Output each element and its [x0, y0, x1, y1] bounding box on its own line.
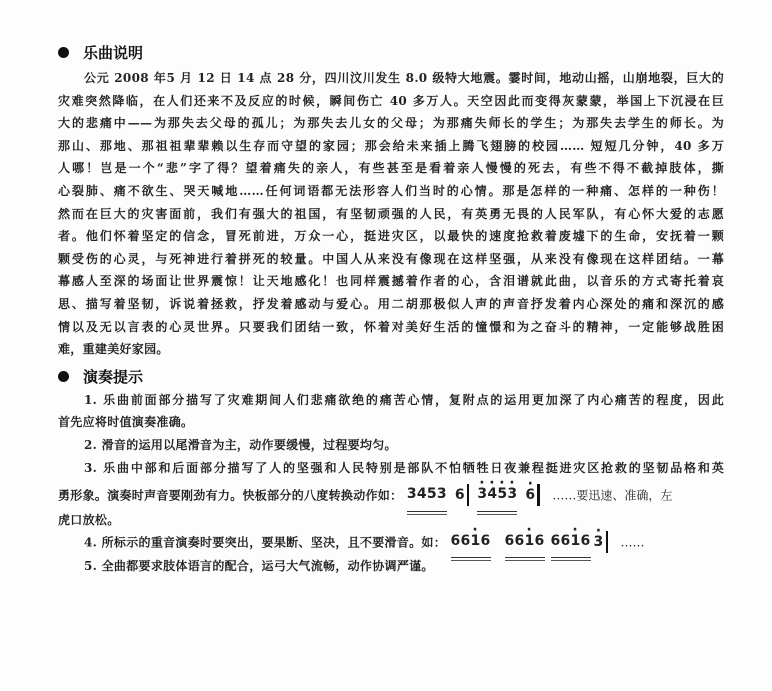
sixteenth-note-group-high-octave: 3 4 5 3	[477, 478, 517, 512]
paragraph-line: 者。他们怀着坚定的信念，冒死前进，万众一心，挺进灾区，以最快的速度抢救着废墟下的…	[58, 225, 724, 248]
bar-line	[606, 531, 609, 553]
note-high: 1	[525, 526, 535, 556]
paragraph-line: 那山、那地、那祖祖辈辈赖以生存而守望的家园；那会给未来插上腾飞翅膀的校园…… 短…	[58, 135, 724, 158]
note: 6	[461, 526, 471, 556]
tip-line: 3. 乐曲中部和后面部分描写了人的坚强和人民特别是部队不怕牺牲日夜兼程挺进灾区抢…	[58, 457, 724, 479]
tip-line: 2. 滑音的运用以尾滑音为主，动作要缓慢，过程要均匀。	[58, 434, 724, 456]
tip-line-with-notation: 勇形象。演奏时声音要刚劲有力。快板部分的八度转换动作如： 3 4 5 3 6 3…	[58, 479, 724, 509]
tip-text: 乐曲前面部分描写了灾难期间人们悲痛欲绝的痛苦心情，复附点的运用更加深了内心痛苦的…	[103, 393, 724, 407]
tip-item-3: 3. 乐曲中部和后面部分描写了人的坚强和人民特别是部队不怕牺牲日夜兼程挺进灾区抢…	[58, 457, 724, 531]
tip-item-5: 5. 全曲都要求肢体语言的配合，运弓大气流畅，动作协调严谨。	[58, 555, 724, 577]
note-high: 3	[477, 478, 487, 510]
tip-text: 乐曲中部和后面部分描写了人的坚强和人民特别是部队不怕牺牲日夜兼程挺进灾区抢救的坚…	[103, 461, 724, 475]
filled-circle-bullet-icon	[58, 371, 69, 382]
note-group: 6 6 1 6	[451, 526, 491, 558]
note: 6	[455, 479, 465, 511]
tip-text: ……	[621, 536, 645, 550]
tip-item-4: 4. 所标示的重音演奏时要突出，要果断、坚决，且不要滑音。如： 6 6 1 6 …	[58, 527, 724, 555]
tip-item-2: 2. 滑音的运用以尾滑音为主，动作要缓慢，过程要均匀。	[58, 434, 724, 456]
paragraph-line: 灾难突然降临，在人们还来不及反应的时候，瞬间伤亡 40 多万人。天空因此而变得灰…	[58, 90, 724, 113]
paragraph-line: 大的悲痛中——为那失去父母的孤儿；为那失去儿女的父母；为那痛失师长的学生；为那失…	[58, 112, 724, 135]
paragraph-line: 幕感人至深的场面让世界震惊！让天地感化！也同样震撼着作者的心，含泪谱就此曲，以音…	[58, 270, 724, 293]
tip-line-with-notation: 4. 所标示的重音演奏时要突出，要果断、坚决，且不要滑音。如： 6 6 1 6 …	[58, 527, 724, 555]
accent-notation: 6 6 1 6 6 6 1 6 6 6 1 6 3	[451, 526, 617, 558]
paragraph-line: 情以及无以言表的心灵世界。只要我们团结一致，怀着对美好生活的憧憬和为之奋斗的精神…	[58, 316, 724, 339]
tip-number: 2.	[84, 438, 97, 452]
note: 3	[407, 478, 417, 510]
tip-line: 5. 全曲都要求肢体语言的配合，运弓大气流畅，动作协调严谨。	[58, 555, 724, 577]
paragraph-line: 心裂肺、痛不欲生、哭天喊地……任何词语都无法形容人们当时的心情。那是怎样的一种痛…	[58, 180, 724, 203]
note: 6	[535, 526, 545, 556]
note-high: 1	[571, 526, 581, 556]
tip-text: ……要迅速、准确，左	[552, 489, 672, 503]
note-high: 1	[471, 526, 481, 556]
tip-line: 首先应将时值演奏准确。	[58, 411, 724, 433]
paragraph-line: 难，重建美好家园。	[58, 338, 724, 361]
note-group: 6 6 1 6	[505, 526, 545, 558]
tip-number: 4.	[84, 536, 97, 550]
note: 5	[427, 478, 437, 510]
description-paragraph: 公元 2008 年5 月 12 日 14 点 28 分，四川汶川发生 8.0 级…	[58, 67, 724, 361]
paragraph-line: 思、描写着坚韧，诉说着拯救，抒发着感动与爱心。用二胡那极似人声的声音抒发着内心深…	[58, 293, 724, 316]
tip-item-1: 1. 乐曲前面部分描写了灾难期间人们悲痛欲绝的痛苦心情，复附点的运用更加深了内心…	[58, 389, 724, 433]
note-high: 5	[497, 478, 507, 510]
bar-line	[467, 484, 470, 506]
section-title: 演奏提示	[83, 366, 143, 387]
note: 6	[505, 526, 515, 556]
tip-number: 3.	[84, 461, 97, 475]
tip-text: 勇形象。演奏时声音要刚劲有力。快板部分的八度转换动作如：	[58, 489, 402, 503]
note-high: 6	[525, 479, 535, 511]
section-heading-performance-tips: 演奏提示	[58, 366, 143, 387]
tip-text: 滑音的运用以尾滑音为主，动作要缓慢，过程要均匀。	[102, 438, 397, 452]
paragraph-line: 人哪！岂是一个“悲”字了得？望着痛失的亲人，有些甚至是看着亲人慢慢的死去，有些不…	[58, 157, 724, 180]
bar-line	[537, 484, 540, 506]
note-high: 3	[594, 527, 604, 557]
note: 6	[451, 526, 461, 556]
note: 6	[561, 526, 571, 556]
note: 6	[481, 526, 491, 556]
section-heading-description: 乐曲说明	[58, 42, 143, 63]
filled-circle-bullet-icon	[58, 47, 69, 58]
tip-text: 所标示的重音演奏时要突出，要果断、坚决，且不要滑音。如：	[102, 536, 446, 550]
note-group: 6 6 1 6	[551, 526, 591, 558]
paragraph-line: 颗受伤的心灵，与死神进行着拼死的较量。中国人从来没有像现在这样坚强，从来没有像现…	[58, 248, 724, 271]
tip-line: 1. 乐曲前面部分描写了灾难期间人们悲痛欲绝的痛苦心情，复附点的运用更加深了内心…	[58, 389, 724, 411]
note: 6	[551, 526, 561, 556]
tip-number: 1.	[84, 393, 97, 407]
note-high: 4	[487, 478, 497, 510]
note-high: 3	[507, 478, 517, 510]
paragraph-line: 公元 2008 年5 月 12 日 14 点 28 分，四川汶川发生 8.0 级…	[58, 67, 724, 90]
tip-number: 5.	[84, 559, 97, 573]
document-page: 乐曲说明 公元 2008 年5 月 12 日 14 点 28 分，四川汶川发生 …	[0, 0, 772, 691]
tip-text: 全曲都要求肢体语言的配合，运弓大气流畅，动作协调严谨。	[102, 559, 434, 573]
section-title: 乐曲说明	[83, 42, 143, 63]
sixteenth-note-group: 3 4 5 3	[407, 478, 447, 512]
note: 4	[417, 478, 427, 510]
paragraph-line: 然而在巨大的灾害面前，我们有强大的祖国，有坚韧顽强的人民，有英勇无畏的人民军队，…	[58, 203, 724, 226]
note: 6	[581, 526, 591, 556]
note: 3	[437, 478, 447, 510]
note: 6	[515, 526, 525, 556]
octave-shift-notation: 3 4 5 3 6 3 4 5 3 6	[407, 478, 548, 512]
